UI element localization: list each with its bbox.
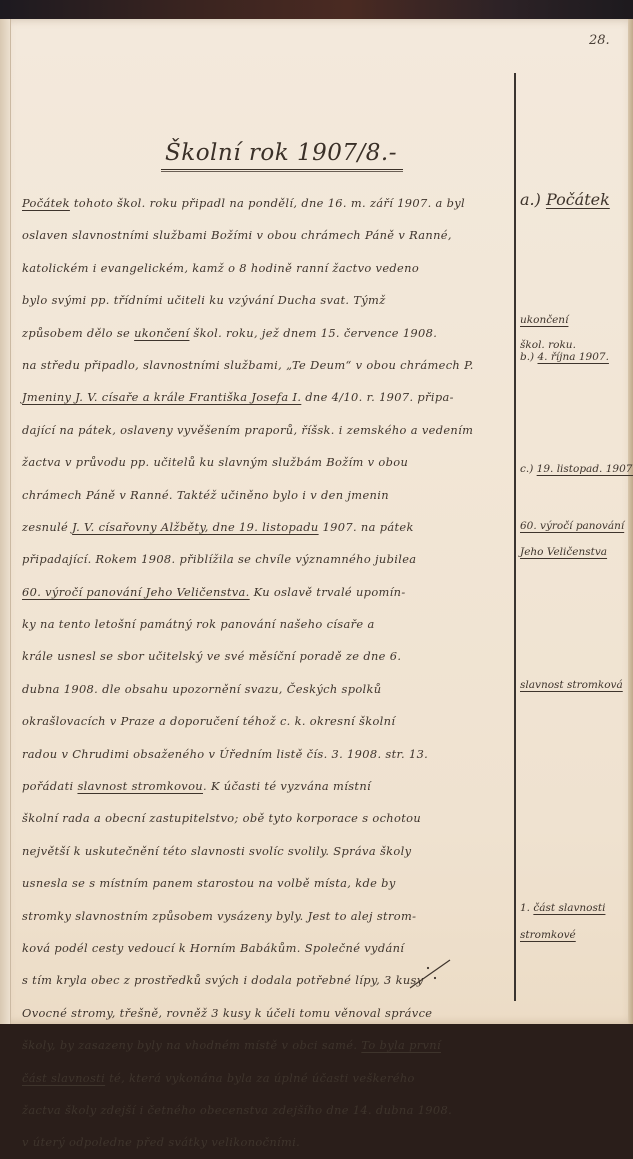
text-run: krále usnesl se sbor učitelský ve své mě… [22,649,401,663]
margin-note-label: 4. října 1907. [538,351,609,363]
underlined-phrase: 60. výročí panování Jeho Veličenstva. [22,585,250,599]
text-line: radou v Chrudimi obsaženého v Úředním li… [22,738,516,770]
text-line: bylo svými pp. třídními učiteli ku vzývá… [22,284,516,316]
text-line: chrámech Páně v Ranné. Taktéž učiněno by… [22,479,516,511]
margin-note: 60. výročí panování [520,520,624,532]
text-line: dubna 1908. dle obsahu upozornění svazu,… [22,673,516,705]
margin-note-label: Jeho Veličenstva [520,546,607,558]
text-line: usnesla se s místním panem starostou na … [22,867,516,899]
text-run: největší k uskutečnění této slavnosti sv… [22,844,411,858]
text-run: ková podél cesty vedoucí k Horním Babáků… [22,941,404,955]
text-line: krále usnesl se sbor učitelský ve své mě… [22,640,516,672]
text-run: katolickém i evangelickém, kamž o 8 hodi… [22,261,419,275]
text-line: 60. výročí panování Jeho Veličenstva. Ku… [22,576,516,608]
margin-note-prefix: b.) [520,351,538,363]
margin-note: Jeho Veličenstva [520,546,607,558]
margin-note-label: 19. listopad. 1907. [537,463,633,475]
margin-note-label: 60. výročí panování [520,520,624,532]
margin-note-label: ukončení [520,314,568,326]
text-run: tohoto škol. roku připadl na pondělí, dn… [70,196,465,210]
text-run: 1907. na pátek [319,520,414,534]
text-run: na středu připadlo, slavnostními službam… [22,358,474,372]
margin-note-label: část slavnosti [533,902,605,914]
underlined-phrase: Jmeniny J. V. císaře a krále Františka J… [22,390,301,404]
text-run: okrašlovacích v Praze a doporučení téhož… [22,714,395,728]
text-line: způsobem dělo se ukončení škol. roku, je… [22,317,516,349]
page-gutter [0,19,11,1024]
margin-note: a.) Počátek [520,190,610,209]
text-run: oslaven slavnostními službami Božími v o… [22,228,452,242]
margin-note: ukončení [520,314,568,326]
text-run: školní rada a obecní zastupitelstvo; obě… [22,811,421,825]
text-line: Ovocné stromy, třešně, rovněž 3 kusy k ú… [22,997,516,1024]
margin-note-label: slavnost stromková [520,679,623,691]
text-line: stromky slavnostním způsobem vysázeny by… [22,900,516,932]
text-run: Ku oslavě trvalé upomín- [250,585,406,599]
text-line: ky na tento letošní památný rok panování… [22,608,516,640]
text-run: dající na pátek, oslaveny vyvěšením prap… [22,423,473,437]
text-run: škol. roku, jež dnem 15. července 1908. [189,326,437,340]
underlined-phrase: ukončení [134,326,189,340]
margin-note-label: stromkové [520,929,576,941]
page-number: 28. [589,33,610,48]
underlined-phrase: slavnost stromkovou [77,779,203,793]
text-run: dubna 1908. dle obsahu upozornění svazu,… [22,682,382,696]
underlined-phrase: Počátek [22,196,70,210]
text-run: stromky slavnostním způsobem vysázeny by… [22,909,416,923]
text-line: okrašlovacích v Praze a doporučení téhož… [22,705,516,737]
text-run: usnesla se s místním panem starostou na … [22,876,396,890]
text-run: s tím kryla obec z prostředků svých i do… [22,973,424,987]
text-line: pořádati slavnost stromkovou. K účasti t… [22,770,516,802]
ledger-page: 28. Školní rok 1907/8.- Počátek tohoto š… [0,19,633,1024]
text-line: oslaven slavnostními službami Božími v o… [22,219,516,251]
text-run: bylo svými pp. třídními učiteli ku vzývá… [22,293,386,307]
page-edge [628,19,633,1024]
handwritten-body: Počátek tohoto škol. roku připadl na pon… [22,187,516,1024]
margin-note-prefix: a.) [520,190,546,209]
margin-note: 1. část slavnosti [520,902,605,914]
page-title: Školní rok 1907/8.- [165,140,397,166]
text-run: chrámech Páně v Ranné. Taktéž učiněno by… [22,488,389,502]
text-run: Ovocné stromy, třešně, rovněž 3 kusy k ú… [22,1006,432,1020]
text-run: připadající. Rokem 1908. přiblížila se c… [22,552,416,566]
margin-note-prefix: 1. [520,902,533,914]
text-line: Počátek tohoto škol. roku připadl na pon… [22,187,516,219]
underlined-phrase: J. V. císařovny Alžběty, dne 19. listopa… [72,520,319,534]
text-run: žactva v průvodu pp. učitelů ku slavným … [22,455,408,469]
text-line: Jmeniny J. V. císaře a krále Františka J… [22,381,516,413]
text-line: na středu připadlo, slavnostními službam… [22,349,516,381]
text-line: připadající. Rokem 1908. přiblížila se c… [22,543,516,575]
text-run: zesnulé [22,520,72,534]
book-binding-top [0,0,633,20]
margin-note-label: Počátek [546,190,610,209]
margin-note: stromkové [520,929,576,941]
text-run: radou v Chrudimi obsaženého v Úředním li… [22,747,428,761]
margin-note: c.) 19. listopad. 1907. [520,463,633,475]
text-line: školní rada a obecní zastupitelstvo; obě… [22,802,516,834]
margin-note-prefix: c.) [520,463,537,475]
margin-note: b.) 4. října 1907. [520,351,609,363]
margin-note: slavnost stromková [520,679,623,691]
end-of-entry-mark [408,956,456,990]
margin-note: škol. roku. [520,339,576,351]
text-run: dne 4/10. r. 1907. připa- [301,390,454,404]
text-line: žactva v průvodu pp. učitelů ku slavným … [22,446,516,478]
text-line: největší k uskutečnění této slavnosti sv… [22,835,516,867]
margin-note-label: škol. roku. [520,339,576,351]
text-line: zesnulé J. V. císařovny Alžběty, dne 19.… [22,511,516,543]
text-line: dající na pátek, oslaveny vyvěšením prap… [22,414,516,446]
text-run: pořádati [22,779,77,793]
text-run: ky na tento letošní památný rok panování… [22,617,375,631]
text-run: . K účasti té vyzvána místní [203,779,371,793]
text-run: způsobem dělo se [22,326,134,340]
text-line: katolickém i evangelickém, kamž o 8 hodi… [22,252,516,284]
